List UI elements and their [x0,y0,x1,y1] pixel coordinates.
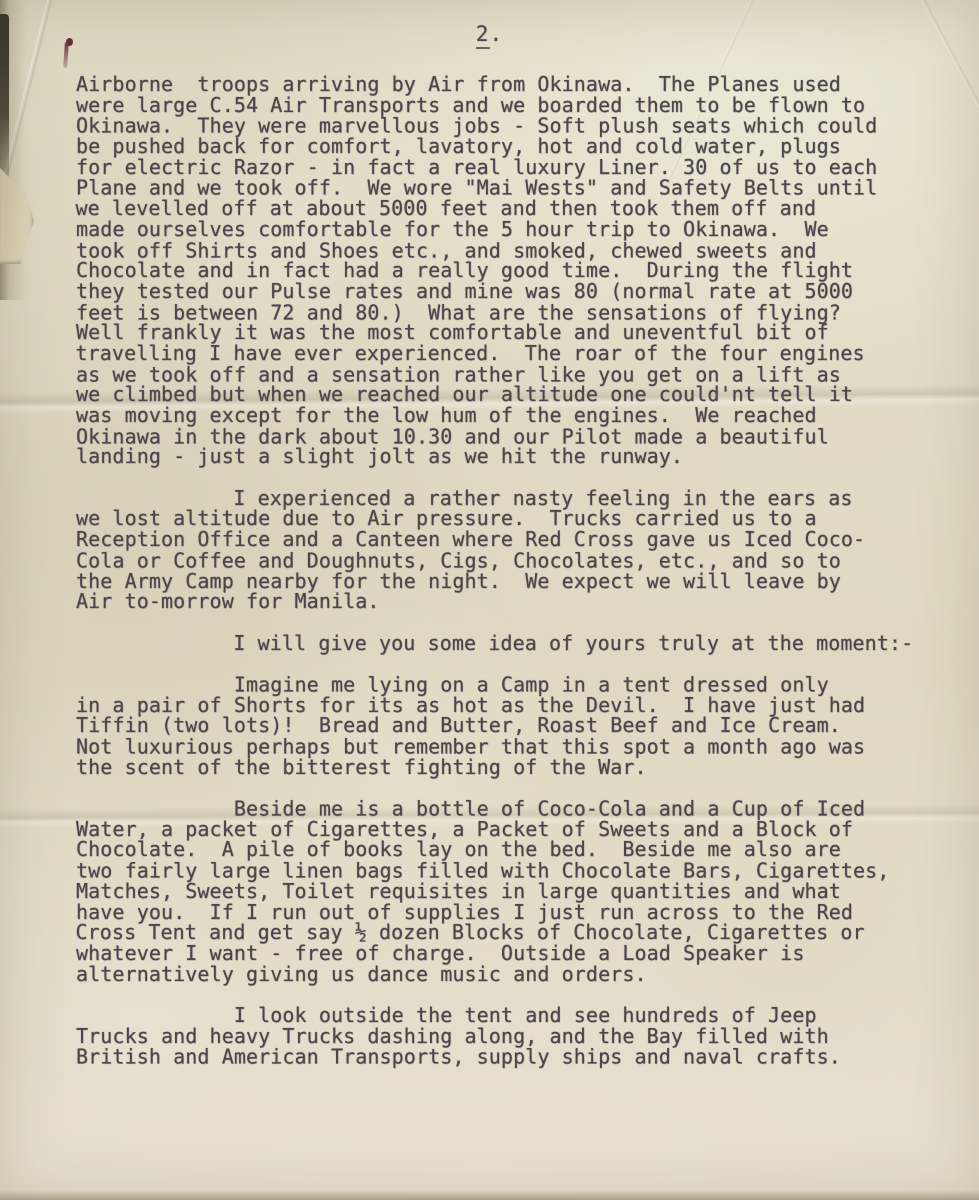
letter-line: as we took off and a sensation rather li… [76,364,926,385]
letter-line: Chocolate and in fact had a really good … [76,260,926,281]
letter-line: I experienced a rather nasty feeling in … [76,488,926,509]
page-number-value: 2 [476,22,490,49]
bottom-paper-edge [0,1190,979,1200]
letter-line: Water, a packet of Cigarettes, a Packet … [76,819,926,840]
letter-line: Beside me is a bottle of Coco-Cola and a… [76,798,926,819]
letter-line: have you. If I run out of supplies I jus… [76,902,926,923]
letter-line: feet is between 72 and 80.) What are the… [76,302,926,323]
blank-line [76,653,926,674]
letter-line: Not luxurious perhaps but remember that … [76,736,926,757]
letter-line: Cola or Coffee and Doughnuts, Cigs, Choc… [76,550,926,571]
letter-line: we lost altitude due to Air pressure. Tr… [76,508,926,529]
letter-line: Reception Office and a Canteen where Red… [76,529,926,550]
letter-line: Trucks and heavy Trucks dashing along, a… [76,1026,926,1047]
letter-line: was moving except for the low hum of the… [76,405,926,426]
letter-line: Chocolate. A pile of books lay on the be… [76,839,926,860]
letter-line: Cross Tent and get say ½ dozen Blocks of… [76,922,926,943]
letter-line: were large C.54 Air Transports and we bo… [76,95,926,116]
page-number: 2. [0,22,979,46]
letter-line: they tested our Pulse rates and mine was… [76,281,926,302]
letter-line: be pushed back for comfort, lavatory, ho… [76,136,926,157]
letter-line: I will give you some idea of yours truly… [76,633,926,654]
letter-page: 2. Airborne troops arriving by Air from … [0,0,979,1200]
letter-line: Matches, Sweets, Toilet requisites in la… [76,881,926,902]
torn-corner-flap [0,168,34,264]
blank-line [76,467,926,488]
letter-line: we levelled off at about 5000 feet and t… [76,198,926,219]
letter-line: British and American Transports, supply … [76,1047,926,1068]
blank-line [76,985,926,1006]
letter-line: Okinawa. They were marvellous jobs - Sof… [76,116,926,137]
letter-line: Imagine me lying on a Camp in a tent dre… [76,674,926,695]
letter-line: Okinawa in the dark about 10.30 and our … [76,426,926,447]
letter-line: Airborne troops arriving by Air from Oki… [76,74,926,95]
letter-line: in a pair of Shorts for its as hot as th… [76,695,926,716]
letter-line: I look outside the tent and see hundreds… [76,1005,926,1026]
letter-line: made ourselves comfortable for the 5 hou… [76,219,926,240]
letter-line: Well frankly it was the most comfortable… [76,322,926,343]
blank-line [76,777,926,798]
letter-line: Tiffin (two lots)! Bread and Butter, Roa… [76,715,926,736]
letter-line: for electric Razor - in fact a real luxu… [76,157,926,178]
letter-body: Airborne troops arriving by Air from Oki… [76,74,926,1067]
diagonal-crease-left [0,0,57,398]
letter-line: travelling I have ever experienced. The … [76,343,926,364]
letter-line: landing - just a slight jolt as we hit t… [76,446,926,467]
page-number-period: . [490,22,504,46]
letter-line: Air to-morrow for Manila. [76,591,926,612]
letter-line: whatever I want - free of charge. Outsid… [76,943,926,964]
letter-line: two fairly large linen bags filled with … [76,861,926,882]
letter-line: we climbed but when we reached our altit… [76,384,926,405]
letter-line: alternatively giving us dance music and … [76,964,926,985]
letter-line: the Army Camp nearby for the night. We e… [76,571,926,592]
letter-line: took off Shirts and Shoes etc., and smok… [76,240,926,261]
letter-line: the scent of the bitterest fighting of t… [76,757,926,778]
